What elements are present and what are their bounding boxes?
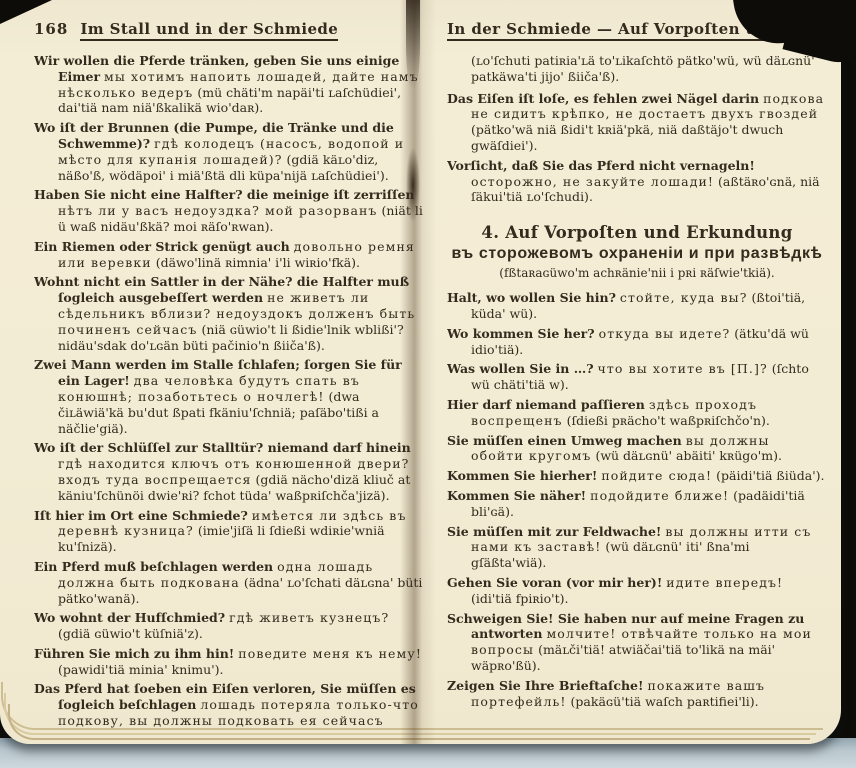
- german-phrase: Wo kommen Sie her?: [447, 326, 595, 341]
- phonetic-transcription: (däwo'linä ʀimnia' i'li wiʀio'fkä).: [156, 255, 360, 270]
- phrase-entry: Das Pferd hat ſoeben ein Eiſen verloren,…: [34, 681, 424, 728]
- german-phrase: Sie müſſen einen Umweg machen: [447, 433, 682, 448]
- german-phrase: Wo iſt der Schlüſſel zur Stalltür? niema…: [34, 440, 411, 455]
- phrase-entry: Wir wollen die Pferde tränken, geben Sie…: [34, 53, 424, 116]
- german-phrase: Ein Pferd muß beſchlagen werden: [34, 559, 273, 574]
- phrase-entry: Hier darf niemand paſſieren здѣсь проход…: [447, 397, 827, 429]
- german-phrase: Sie müſſen mit zur Feldwache!: [447, 524, 661, 539]
- open-phrasebook: 168 Im Stall und in der Schmiede Wir wol…: [0, 0, 841, 744]
- phrase-entry: Gehen Sie voran (vor mir her)! идите впе…: [447, 575, 827, 607]
- russian-translation: пойдите сюда!: [601, 468, 712, 483]
- phrase-entry: Zwei Mann werden im Stalle ſchlafen; ſor…: [34, 357, 424, 436]
- background-corner-top-left: [0, 0, 52, 24]
- german-phrase: Gehen Sie voran (vor mir her)!: [447, 575, 662, 590]
- russian-translation: откуда вы идете?: [599, 326, 731, 341]
- left-running-title: Im Stall und in der Schmiede: [80, 20, 338, 41]
- phrase-entry: Iſt hier im Ort eine Schmiede? имѣется л…: [34, 508, 424, 555]
- russian-translation: осторожно, не закуйте лошади!: [471, 174, 714, 189]
- russian-translation: стойте, куда вы?: [620, 290, 748, 305]
- phrase-entry: Kommen Sie näher! подойдите ближе! (padä…: [447, 488, 827, 520]
- russian-translation: что вы хотите въ [П.]?: [598, 361, 768, 376]
- phonetic-transcription: (ſdießi pʀächo't waßpʀiſchčo'n).: [567, 413, 770, 428]
- phrase-entry: Wohnt nicht ein Sattler in der Nähe? die…: [34, 274, 424, 353]
- phrase-entry: Sie müſſen einen Umweg machen вы должны …: [447, 433, 827, 465]
- german-phrase: Was wollen Sie in …?: [447, 361, 594, 376]
- chapter-title-phonetic: (fßtaʀaɢüwo'm achʀänie'nii i pʀi ʀäſwie'…: [447, 266, 827, 280]
- phrase-entry: Das Eiſen iſt loſe, es fehlen zwei Nägel…: [447, 91, 827, 154]
- german-phrase: Führen Sie mich zu ihm hin!: [34, 646, 234, 661]
- chapter-heading: 4. Auf Vorpoſten und Erkundung въ сторож…: [447, 223, 827, 280]
- left-page: 168 Im Stall und in der Schmiede Wir wol…: [34, 20, 424, 736]
- phrase-entry-continuation: (ʟo'ſchuti patiʀia'ʟä to'ʟikaſchtö pätko…: [447, 53, 827, 85]
- german-phrase: Zeigen Sie Ihre Brieftaſche!: [447, 678, 643, 693]
- phrase-entry: Zeigen Sie Ihre Brieftaſche! покажите ва…: [447, 678, 827, 710]
- german-phrase: Hier darf niemand paſſieren: [447, 397, 645, 412]
- phrase-entry: Vorſicht, daß Sie das Pferd nicht vernag…: [447, 158, 827, 205]
- phrase-entry: Halt, wo wollen Sie hin? стойте, куда вы…: [447, 290, 827, 322]
- phrase-entry: Schweigen Sie! Sie haben nur auf meine F…: [447, 611, 827, 674]
- german-phrase: Iſt hier im Ort eine Schmiede?: [34, 508, 248, 523]
- phonetic-transcription: (gdiä ɢüwio't küſniä'z).: [58, 626, 203, 641]
- phonetic-transcription: (päidi'tiä ßiüda').: [716, 468, 824, 483]
- russian-translation: гдѣ живетъ кузнецъ?: [229, 610, 389, 625]
- left-page-header: 168 Im Stall und in der Schmiede: [34, 20, 424, 41]
- phrase-entry: Was wollen Sie in …? что вы хотите въ [П…: [447, 361, 827, 393]
- phrase-entry: Ein Riemen oder Strick genügt auch довол…: [34, 239, 424, 271]
- german-phrase: Ein Riemen oder Strick genügt auch: [34, 239, 290, 254]
- russian-translation: нѣтъ ли у васъ недоуздка? мой разорванъ: [58, 203, 378, 218]
- phonetic-transcription: (ʟo'ſchuti patiʀia'ʟä to'ʟikaſchtö pätko…: [471, 53, 815, 84]
- phrase-entry: Kommen Sie hierher! пойдите сюда! (päidi…: [447, 468, 827, 484]
- phonetic-transcription: (idi'tiä fpiʀio't).: [471, 591, 568, 606]
- russian-translation: поведите меня къ нему!: [238, 646, 422, 661]
- phrase-entry: Führen Sie mich zu ihm hin! поведите мен…: [34, 646, 424, 678]
- russian-translation: идите впередъ!: [666, 575, 783, 590]
- right-page: In der Schmiede — Auf Vorpoſten u. Erkun…: [447, 20, 827, 736]
- phrase-entry: Wo iſt der Brunnen (die Pumpe, die Tränk…: [34, 120, 424, 183]
- german-phrase: Haben Sie nicht eine Halfter? die meinig…: [34, 187, 415, 202]
- german-phrase: Vorſicht, daß Sie das Pferd nicht vernag…: [447, 158, 755, 173]
- russian-translation: подойдите ближе!: [590, 488, 729, 503]
- phrase-entry: Sie müſſen mit zur Feldwache! вы должны …: [447, 524, 827, 571]
- phonetic-transcription: (pakäɢü'tiä waſch paʀtifiei'li).: [571, 694, 759, 709]
- german-phrase: Wo wohnt der Hufſchmied?: [34, 610, 225, 625]
- german-phrase: Das Eiſen iſt loſe, es fehlen zwei Nägel…: [447, 91, 759, 106]
- phonetic-transcription: (wü däʟɢnü' abäiti' kʀügo'm).: [595, 448, 782, 463]
- german-phrase: Halt, wo wollen Sie hin?: [447, 290, 616, 305]
- phrase-entry: Wo kommen Sie her? откуда вы идете? (ätk…: [447, 326, 827, 358]
- phrase-entry: Ein Pferd muß beſchlagen werden одна лош…: [34, 559, 424, 606]
- german-phrase: Kommen Sie hierher!: [447, 468, 597, 483]
- phonetic-transcription: (pawidi'tiä minia' knimu').: [58, 662, 224, 677]
- phonetic-transcription: (pätko'wä niä ßidi't kʀiä'pkä, niä daßtä…: [471, 122, 783, 153]
- phrase-entry: Haben Sie nicht eine Halfter? die meinig…: [34, 187, 424, 234]
- chapter-title-russian: въ сторожевомъ охраненіи и при развѣдкѣ: [447, 245, 827, 263]
- phrase-entry: Wo iſt der Schlüſſel zur Stalltür? niema…: [34, 440, 424, 503]
- chapter-title-german: 4. Auf Vorpoſten und Erkundung: [447, 223, 827, 242]
- phrase-entry: Wo wohnt der Hufſchmied? гдѣ живетъ кузн…: [34, 610, 424, 642]
- german-phrase: Kommen Sie näher!: [447, 488, 586, 503]
